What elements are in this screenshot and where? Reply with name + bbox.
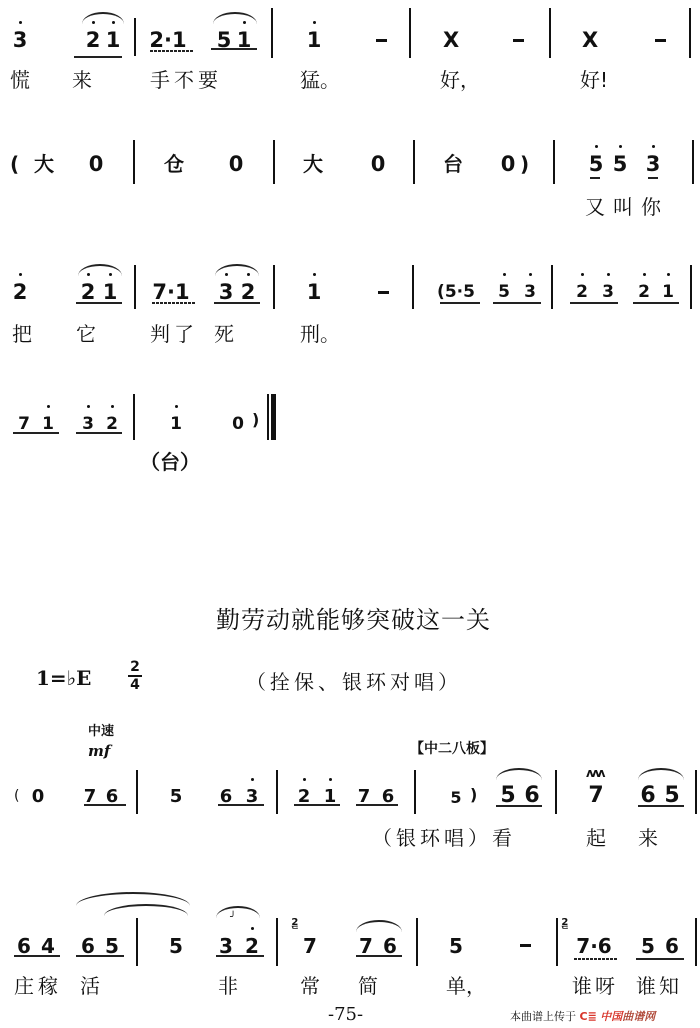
barline (553, 140, 555, 184)
underline (633, 302, 679, 304)
lyric: 常 (300, 974, 320, 998)
page-number: -75- (328, 1004, 363, 1025)
time-signature-top: 2 (128, 660, 142, 674)
underline (570, 302, 618, 304)
slur (216, 906, 260, 918)
barline (134, 18, 136, 56)
note: 1 (105, 28, 121, 52)
barline (276, 918, 278, 966)
lyric: 起 (586, 826, 606, 850)
barline (413, 140, 415, 184)
barline (549, 8, 551, 58)
lyric: 猛。 (300, 68, 340, 92)
breath-mark-icon: ╯ (230, 912, 236, 923)
barline (414, 770, 416, 814)
note: 5 (168, 934, 184, 958)
note: 3 (522, 280, 538, 304)
note: 2 (85, 28, 101, 52)
note: 3 (12, 28, 28, 52)
lyric: 又叫你 (585, 195, 669, 219)
note: 6 (664, 934, 680, 958)
time-signature-bottom: 4 (128, 678, 142, 692)
dynamics-marking: mf (88, 742, 110, 760)
underline (648, 177, 658, 179)
note: 1 (168, 412, 184, 436)
note: 2·1 (148, 28, 188, 52)
note: 0 (30, 785, 46, 809)
barline (556, 918, 558, 966)
lyric: 死 (214, 322, 234, 346)
paren-close: ) (470, 783, 477, 807)
percussion-syllable: 大 (303, 152, 323, 176)
barline (276, 770, 278, 814)
underline (574, 958, 618, 960)
lyric: 把 (12, 322, 32, 346)
note: 2 (12, 280, 28, 304)
song-subtitle: （拴保、银环对唱） (246, 666, 462, 695)
note: 0 (228, 152, 244, 176)
underline (13, 432, 59, 434)
barline (689, 8, 691, 58)
underline (76, 955, 124, 957)
paren-open: ( (14, 784, 19, 808)
barline (273, 140, 275, 184)
barline (273, 265, 275, 309)
lyric: 简 (358, 974, 378, 998)
lyric: 判了 (150, 322, 198, 346)
note: 1 (306, 28, 322, 52)
note: 5 (496, 280, 512, 304)
paren-close: ) (252, 408, 259, 432)
hold-dash (520, 944, 531, 947)
trill-icon: ʌʌʌ (586, 766, 603, 780)
underline (440, 302, 480, 304)
barline (134, 265, 136, 309)
barline (133, 140, 135, 184)
note: 7 (302, 934, 318, 958)
note: 7·6 (574, 934, 614, 958)
barline (409, 8, 411, 58)
note: 5 (448, 934, 464, 958)
note: 2 (80, 280, 96, 304)
underline (590, 177, 600, 179)
note: 0 (370, 152, 386, 176)
barline (692, 140, 694, 184)
site-name-part2: 曲谱网 (622, 1010, 655, 1023)
lyric: 单， (446, 974, 486, 998)
barline (695, 770, 697, 814)
barline (412, 265, 414, 309)
lyric: 慌 (10, 68, 30, 92)
slur (638, 768, 684, 780)
note: 1 (102, 280, 118, 304)
underline (211, 48, 257, 50)
percussion-annotation: （台） (140, 450, 200, 474)
key-signature: 1=♭E (36, 666, 91, 690)
site-name-part1: 中国 (600, 1010, 622, 1023)
note: 3 (600, 280, 616, 304)
note: 0 (88, 152, 104, 176)
note: (5·5 (428, 280, 484, 304)
underline (356, 955, 402, 957)
barline (555, 770, 557, 814)
lyric: 谁知 (636, 974, 682, 998)
lyric: 好! (580, 68, 608, 92)
underline (216, 955, 264, 957)
barline (136, 918, 138, 966)
underline (294, 804, 340, 806)
barline (690, 265, 692, 309)
barline (136, 770, 138, 814)
site-logo-icon: C≣ (580, 1010, 597, 1023)
note: 5 (588, 152, 604, 176)
note: X (582, 28, 598, 52)
final-barline-thin (267, 394, 269, 440)
note: 1 (306, 280, 322, 304)
underline (84, 804, 126, 806)
underline (356, 804, 398, 806)
paren-open: ( (10, 152, 19, 176)
lyric: 它 (76, 322, 96, 346)
note: 5 (448, 786, 464, 810)
underline (152, 302, 196, 304)
underline (218, 804, 264, 806)
note: 5 (168, 785, 184, 809)
watermark-prefix: 本曲谱上传于 (510, 1010, 576, 1023)
underline (14, 955, 60, 957)
note: 0 (230, 412, 246, 436)
percussion-syllable: 大 (34, 152, 54, 176)
note: X (443, 28, 459, 52)
lyric: 庄稼 (14, 974, 62, 998)
note: 2 (636, 280, 652, 304)
hold-dash (655, 39, 666, 42)
barline (133, 394, 135, 440)
underline (76, 432, 122, 434)
note: 3 (218, 280, 234, 304)
lyric: 谁呀 (572, 974, 618, 998)
hold-dash (513, 39, 524, 42)
note: 2 (240, 280, 256, 304)
slur (78, 264, 122, 276)
underline (76, 302, 122, 304)
lyric: 好， (440, 68, 480, 92)
lyric: 来 (72, 68, 92, 92)
tempo-marking: 中速 (88, 720, 114, 739)
percussion-syllable: 仓 (164, 152, 184, 176)
lyric: 手不要 (150, 68, 222, 92)
underline (150, 50, 194, 52)
underline (638, 805, 684, 807)
note: 3 (645, 152, 661, 176)
note: 5 (640, 934, 656, 958)
slur (213, 12, 257, 24)
hold-dash (378, 291, 389, 294)
barline (271, 8, 273, 58)
slur (215, 264, 259, 276)
underline (496, 805, 542, 807)
time-signature: 2 4 (128, 660, 142, 692)
percussion-syllable: 台 (443, 152, 463, 176)
grace-note: 2ᄃ (560, 918, 570, 936)
lyric: 刑。 (300, 322, 340, 346)
lyric: （银环唱）看 (372, 826, 516, 850)
slur (356, 920, 402, 932)
slur (496, 768, 542, 780)
lyric: 非 (218, 974, 238, 998)
slur (82, 12, 124, 24)
hold-dash (376, 39, 387, 42)
underline (636, 958, 684, 960)
section-label: 【中二八板】 (410, 738, 494, 758)
watermark[interactable]: 本曲谱上传于 C≣ 中国曲谱网 (510, 1008, 655, 1024)
lyric: 活 (80, 974, 100, 998)
note: 0 (500, 152, 516, 176)
note: 1 (660, 280, 676, 304)
note: 7·1 (150, 280, 192, 304)
underline (74, 56, 122, 58)
paren-close: ) (520, 152, 529, 176)
song-title: 勤劳动就能够突破这一关 (216, 600, 491, 635)
note: 5 (612, 152, 628, 176)
note: 7 (588, 784, 604, 808)
grace-note: 2ᄃ (290, 918, 300, 936)
note: 2 (574, 280, 590, 304)
barline (551, 265, 553, 309)
lyric: 来 (638, 826, 658, 850)
underline (214, 302, 260, 304)
barline (695, 918, 697, 966)
underline (493, 302, 541, 304)
barline (416, 918, 418, 966)
final-barline-thick (271, 394, 276, 440)
